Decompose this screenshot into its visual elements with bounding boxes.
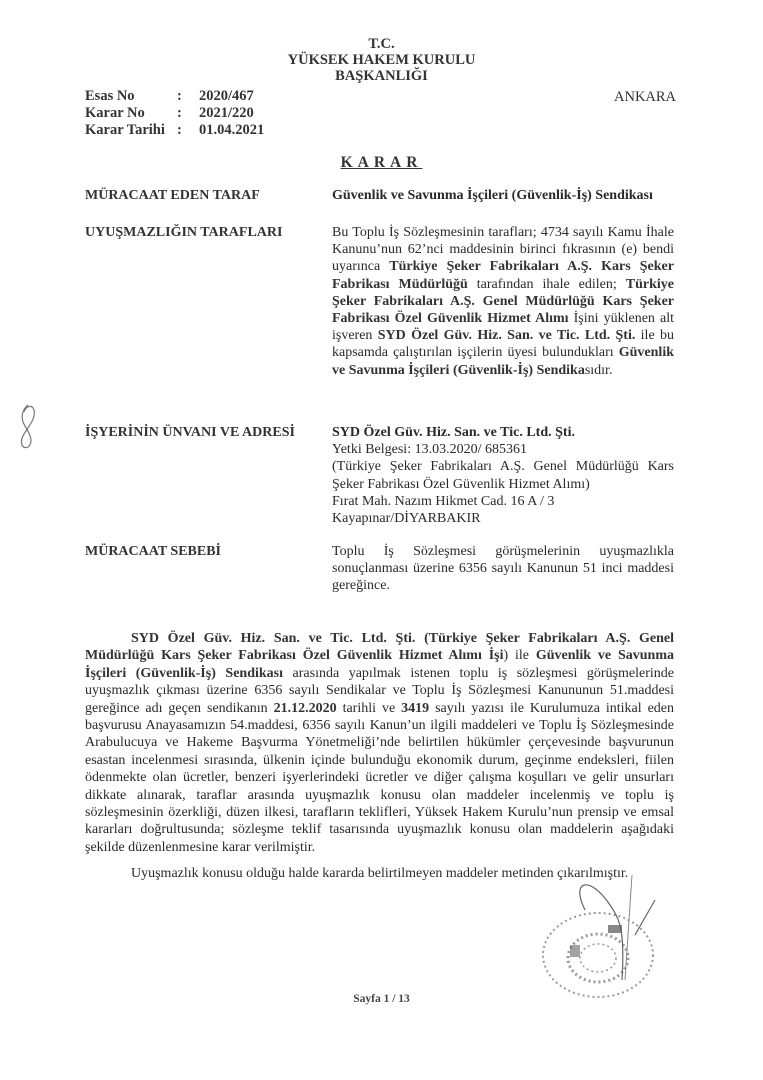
emphasized-text: 21.12.2020 [274, 701, 337, 716]
text-run: tarafından ihale edilen; [468, 277, 626, 292]
workplace-permit: Yetki Belgesi: 13.03.2020/ 685361 [332, 441, 674, 458]
text-run: sıdır. [585, 363, 613, 378]
text-run: sayılı yazısı ile Kurulumuza intikal ede… [85, 701, 674, 855]
parties-label: UYUŞMAZLIĞIN TARAFLARI [85, 224, 315, 241]
workplace-street: Fırat Mah. Nazım Hikmet Cad. 16 A / 3 [332, 493, 674, 510]
workplace-project: (Türkiye Şeker Fabrikaları A.Ş. Genel Mü… [332, 458, 674, 492]
reason-value: Toplu İş Sözleşmesi görüşmelerinin uyuşm… [332, 543, 674, 595]
reason-label: MÜRACAAT SEBEBİ [85, 543, 315, 560]
text-run: ) ile [504, 648, 536, 663]
meta-colon: : [177, 105, 199, 122]
meta-label: Karar No [85, 105, 177, 122]
meta-karar-tarihi: Karar Tarihi:01.04.2021 [85, 122, 264, 139]
header-institution: YÜKSEK HAKEM KURULU [0, 52, 763, 68]
meta-karar-no: Karar No:2021/220 [85, 105, 254, 122]
handwritten-initial-icon [14, 402, 42, 450]
document-title: KARAR [0, 154, 763, 172]
meta-value: 01.04.2021 [199, 122, 264, 138]
text-run: tarihli ve [337, 701, 402, 716]
meta-colon: : [177, 88, 199, 105]
meta-value: 2021/220 [199, 105, 254, 121]
workplace-name: SYD Özel Güv. Hiz. San. ve Tic. Ltd. Şti… [332, 424, 674, 441]
meta-esas-no: Esas No:2020/467 [85, 88, 254, 105]
workplace-body: SYD Özel Güv. Hiz. San. ve Tic. Ltd. Şti… [332, 424, 674, 527]
meta-colon: : [177, 122, 199, 139]
header-presidency: BAŞKANLIĞI [0, 68, 763, 84]
meta-value: 2020/467 [199, 88, 254, 104]
emphasized-text: SYD Özel Güv. Hiz. San. ve Tic. Ltd. Şti… [378, 328, 636, 343]
page-number: Sayfa 1 / 13 [0, 993, 763, 1005]
meta-label: Karar Tarihi [85, 122, 177, 139]
city-label: ANKARA [614, 89, 676, 106]
meta-label: Esas No [85, 88, 177, 105]
applicant-value: Güvenlik ve Savunma İşçileri (Güvenlik-İ… [332, 187, 712, 204]
emphasized-text: 3419 [401, 701, 429, 716]
workplace-city: Kayapınar/DİYARBAKIR [332, 510, 674, 527]
header-tc: T.C. [0, 36, 763, 52]
workplace-label: İŞYERİNİN ÜNVANI VE ADRESİ [85, 424, 315, 441]
official-seal-icon [530, 870, 680, 1000]
applicant-label: MÜRACAAT EDEN TARAF [85, 187, 315, 204]
decision-paragraph: SYD Özel Güv. Hiz. San. ve Tic. Ltd. Şti… [85, 630, 674, 856]
parties-body: Bu Toplu İş Sözleşmesinin tarafları; 473… [332, 224, 674, 379]
